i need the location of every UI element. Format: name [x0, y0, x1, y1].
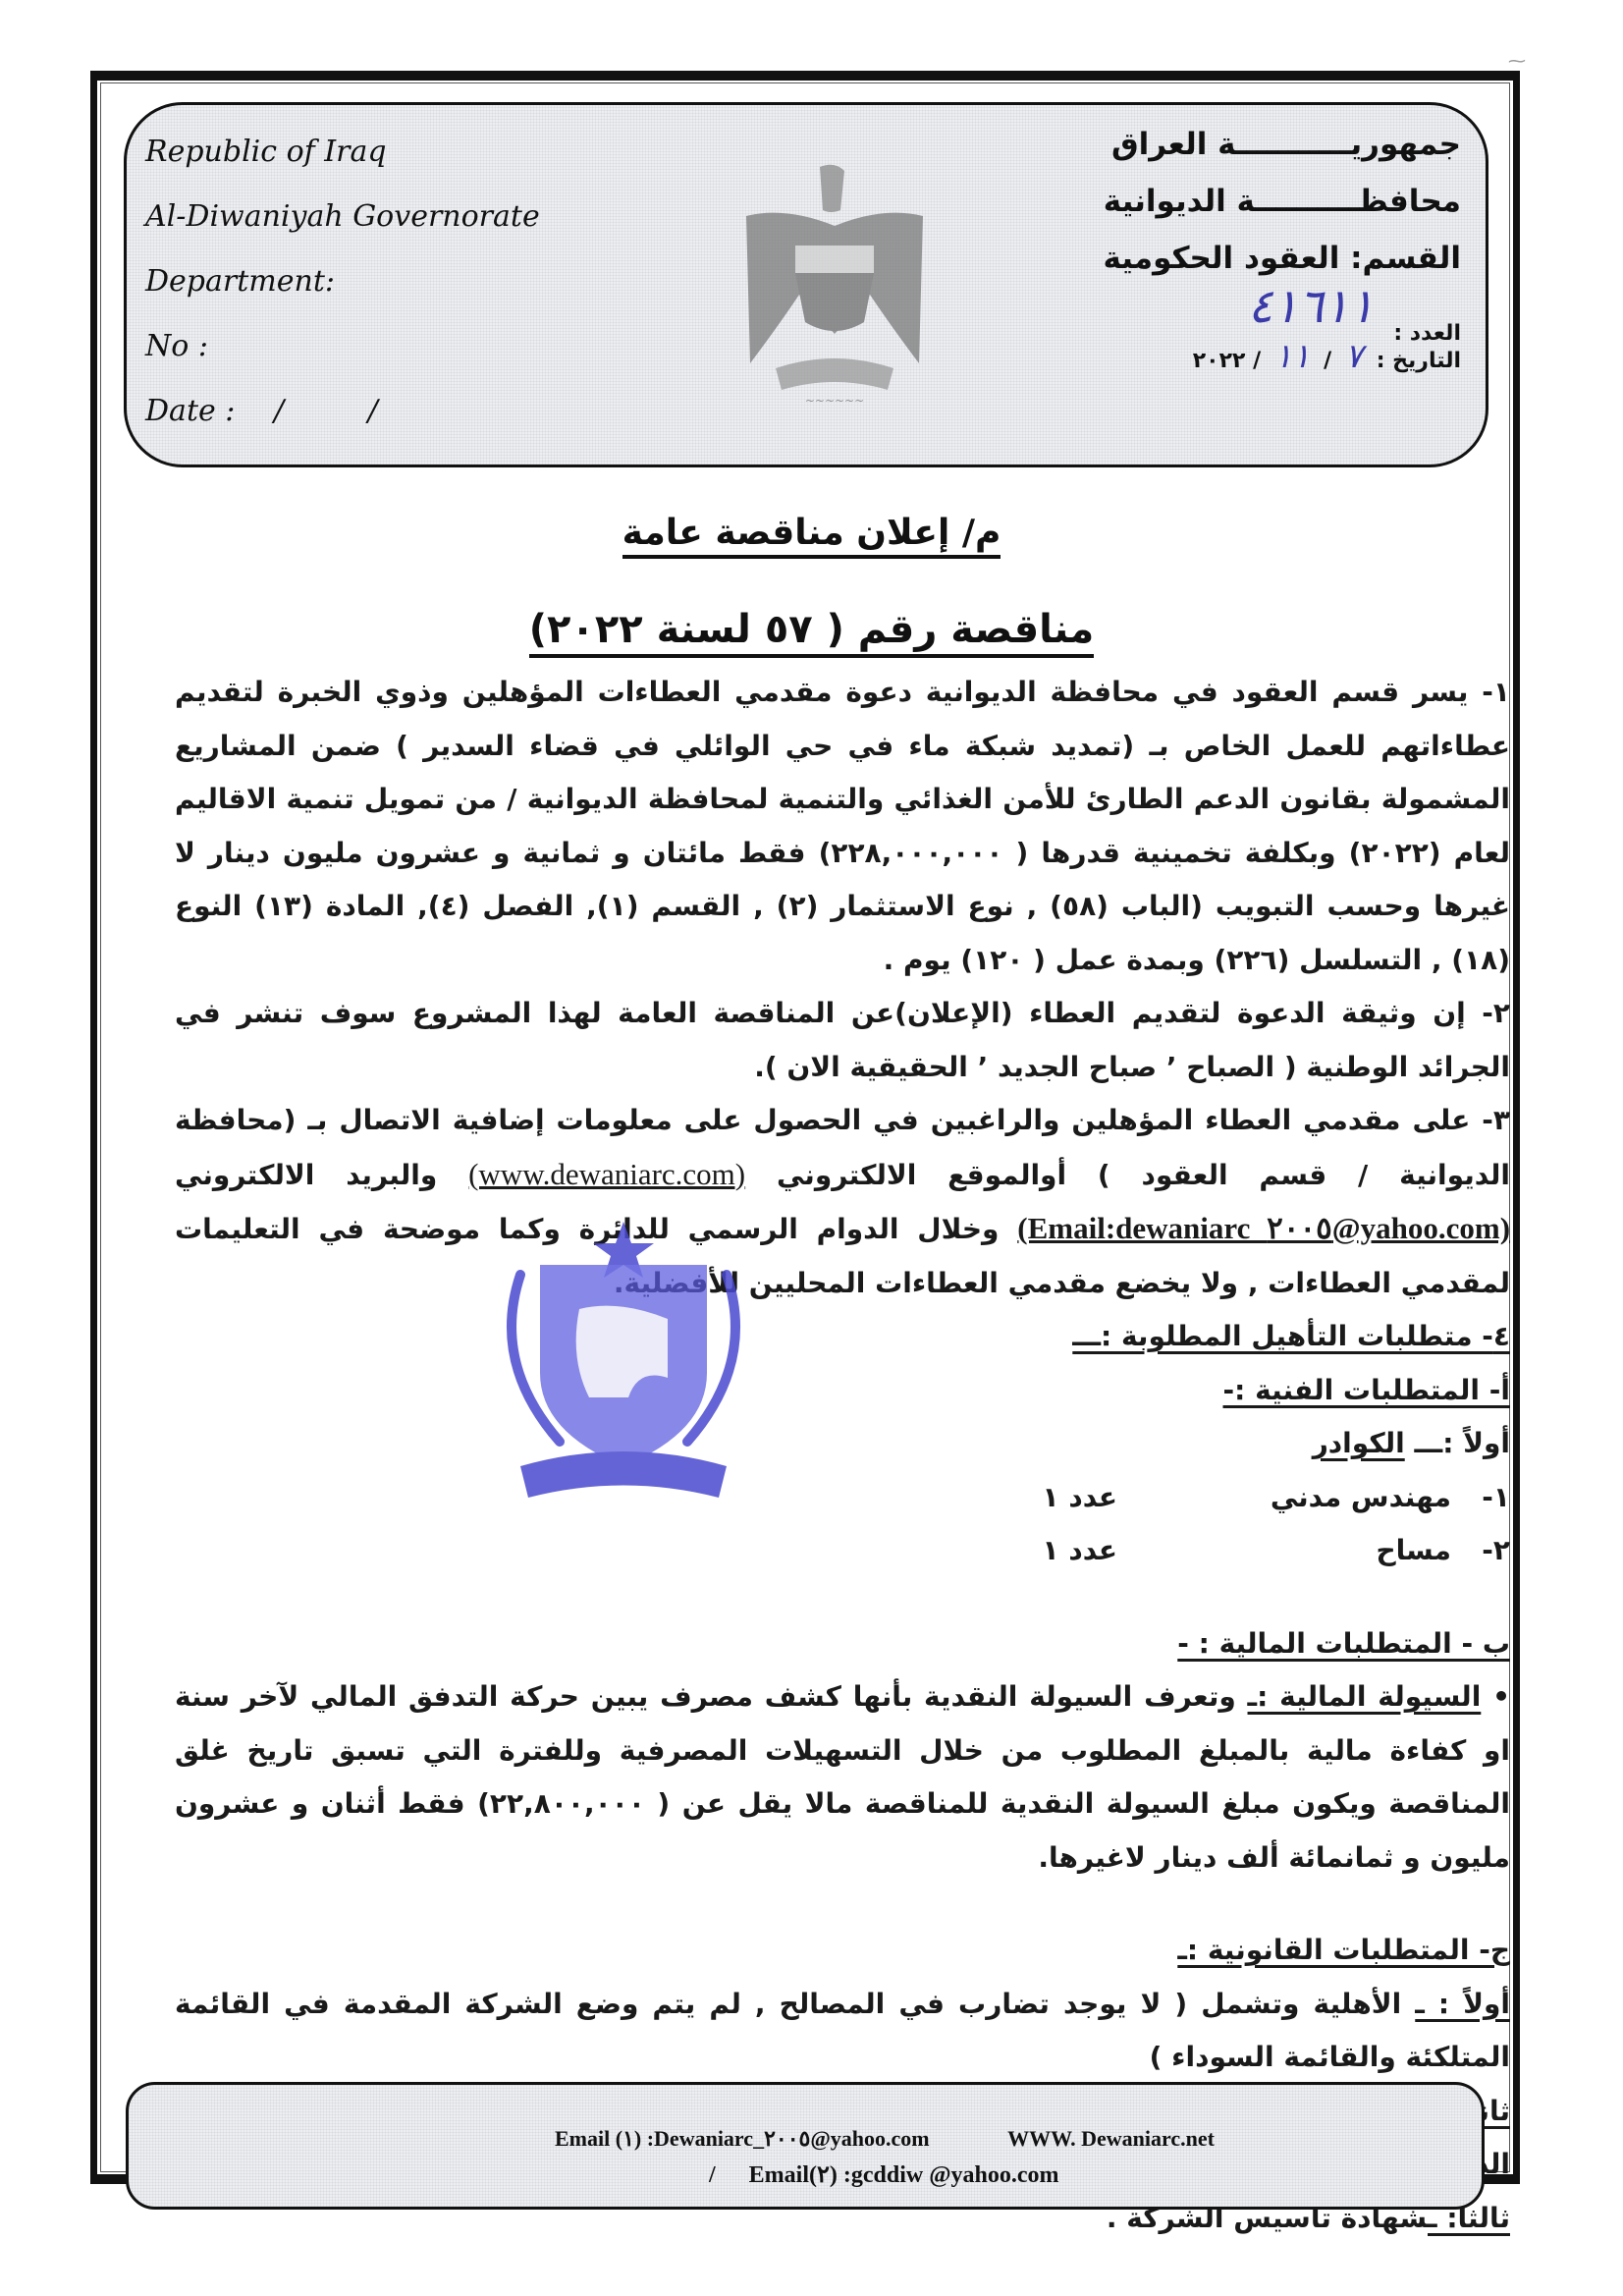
cadre-count: عدد ١ — [960, 1471, 1117, 1525]
iraq-eagle-emblem-icon: ~~~~~~ — [727, 157, 943, 412]
date-slashes-en: / / — [274, 394, 415, 428]
cadre-count: عدد ١ — [960, 1524, 1117, 1578]
legal-first-text: الأهلية وتشمل — [1187, 1988, 1415, 2020]
footer-website[interactable]: WWW. Dewaniarc.net — [1007, 2126, 1215, 2151]
project-name: (تمديد شبكة ماء في حي الوائلي في قضاء ال… — [396, 730, 1134, 762]
svg-text:~~~~~~: ~~~~~~ — [805, 394, 864, 408]
footer-separator: / — [709, 2162, 716, 2188]
handwritten-day: ٧ — [1345, 337, 1363, 376]
bullet-icon: • — [1492, 1680, 1510, 1713]
date-separator: / — [1253, 349, 1261, 373]
funding-year: (٢٠٢٢) — [1349, 837, 1441, 869]
letterhead-english: Republic of Iraq Al-Diwaniyah Governorat… — [145, 137, 558, 462]
section-1: ١- يسر قسم العقود في محافظة الديوانية دع… — [175, 666, 1510, 987]
official-stamp-icon — [481, 1216, 766, 1510]
date-label-en: Date : — [145, 394, 235, 428]
announcement-title-text: م/ إعلان مناقصة عامة — [622, 513, 1001, 559]
work-duration: ( ١٢٠) يوم — [903, 944, 1046, 976]
legal-first-label: أولاً : ـ — [1415, 1988, 1510, 2020]
spacer — [175, 1578, 1510, 1617]
footer-line-2: / Email(٢) :gcddiw @yahoo.com — [709, 2160, 1059, 2189]
tender-number-title: مناقصة رقم ( ٥٧ لسنة ٢٠٢٢) — [0, 607, 1623, 658]
footer-line-1: Email (١) :Dewaniarc_٢٠٠٥@yahoo.com WWW.… — [555, 2126, 1215, 2152]
cadre-index: ١- — [1451, 1471, 1510, 1525]
website-link[interactable]: (www.dewaniarc.com) — [468, 1157, 745, 1191]
legal-first: أولاً : ـ الأهلية وتشمل ( لا يوجد تضارب … — [175, 1978, 1510, 2085]
cadre-role: مساح — [1117, 1524, 1451, 1578]
legal-heading-text: ج- المتطلبات القانونية :ـ — [1177, 1934, 1510, 1966]
announcement-title: م/ إعلان مناقصة عامة — [0, 513, 1623, 559]
spacer — [175, 1885, 1510, 1924]
governorate-name-en: Al-Diwaniyah Governorate — [145, 202, 558, 267]
date-field-ar: التاريخ : ٧ / ١١ / ٢٠٢٢ — [1049, 340, 1461, 379]
date-year: ٢٠٢٢ — [1193, 349, 1246, 373]
s2-announcement: (الإعلان) — [894, 997, 1012, 1029]
tender-number-text: مناقصة رقم ( ٥٧ لسنة ٢٠٢٢) — [529, 607, 1095, 658]
handwritten-number: ٤١٦١١ — [1248, 279, 1375, 334]
financial-liquidity: • السيولة المالية :ـ وتعرف السيولة النقد… — [175, 1670, 1510, 1885]
liquidity-label: السيولة المالية :ـ — [1248, 1680, 1482, 1713]
governorate-name-ar: محافظــــــــــة الديوانية — [1049, 187, 1461, 244]
date-separator: / — [1324, 349, 1331, 373]
legal-heading: ج- المتطلبات القانونية :ـ — [175, 1924, 1510, 1978]
qualification-heading: ٤- متطلبات التأهيل المطلوبة :ـــ — [175, 1310, 1510, 1364]
handwritten-month: ١١ — [1274, 337, 1311, 376]
letterhead-arabic: جمهوريـــــــــــة العراق محافظـــــــــ… — [1049, 130, 1461, 379]
s1-cost-label: وبكلفة تخمينية قدرها — [1028, 837, 1348, 869]
s3-email-label: والبريد الالكتروني — [175, 1159, 468, 1191]
technical-heading-text: أ- المتطلبات الفنية :- — [1223, 1374, 1510, 1406]
newspapers-list: ( الصباح ’ صباح الجديد ’ الحقيقية الان ) — [765, 1051, 1297, 1083]
announcement-body: ١- يسر قسم العقود في محافظة الديوانية دع… — [175, 666, 1510, 2245]
s2-intro: ٢- إن وثيقة الدعوة لتقديم العطاء — [1013, 997, 1511, 1029]
footer-email-1[interactable]: Email (١) :Dewaniarc_٢٠٠٥@yahoo.com — [555, 2126, 930, 2151]
financial-heading: ب - المتطلبات المالية : - — [175, 1617, 1510, 1671]
liquidity-end: لاغيرها. — [1038, 1841, 1155, 1874]
cadres-heading-text: الكوادر — [1313, 1427, 1405, 1459]
footer-email-2[interactable]: Email(٢) :gcddiw @yahoo.com — [749, 2162, 1059, 2188]
country-name-ar: جمهوريـــــــــــة العراق — [1049, 130, 1461, 187]
email-link[interactable]: (Email:dewaniarc ٢٠٠٥@yahoo.com) — [1017, 1211, 1510, 1245]
section-3: ٣- على مقدمي العطاء المؤهلين والراغبين ف… — [175, 1094, 1510, 1310]
cadre-role: مهندس مدني — [1117, 1471, 1451, 1525]
scan-mark: ⁓ — [1508, 51, 1526, 72]
cadre-row: ١- مهندس مدني عدد ١ — [175, 1471, 1510, 1525]
country-name-en: Republic of Iraq — [145, 137, 558, 202]
qualification-heading-text: ٤- متطلبات التأهيل المطلوبة :ـــ — [1072, 1320, 1510, 1352]
liquidity-amount: ( ٢٢,٨٠٠,٠٠٠) — [477, 1787, 670, 1820]
cadres-heading: أولاً :ـــ الكوادر — [175, 1417, 1510, 1471]
s2-end: . — [754, 1051, 765, 1083]
financial-heading-text: ب - المتطلبات المالية : - — [1177, 1627, 1510, 1660]
estimated-cost: ( ٢٢٨,٠٠٠,٠٠٠) — [819, 837, 1029, 869]
section-2: ٢- إن وثيقة الدعوة لتقديم العطاء (الإعلا… — [175, 987, 1510, 1094]
cadre-index: ٢- — [1451, 1524, 1510, 1578]
number-label-en: No : — [145, 332, 558, 397]
number-field-ar: العدد : ٤١٦١١ — [1049, 301, 1461, 340]
technical-heading: أ- المتطلبات الفنية :- — [175, 1364, 1510, 1418]
date-label-ar: التاريخ : — [1377, 349, 1461, 373]
s1-end: . — [884, 944, 903, 976]
estimated-cost-words: فقط مائتان و ثمانية و عشرون مليون دينار — [208, 837, 819, 869]
date-field-en: Date : / / — [145, 397, 558, 462]
cadres-prefix: أولاً :ـــ — [1405, 1427, 1510, 1459]
department-label-en: Department: — [145, 267, 558, 332]
cadre-row: ٢- مساح عدد ١ — [175, 1524, 1510, 1578]
